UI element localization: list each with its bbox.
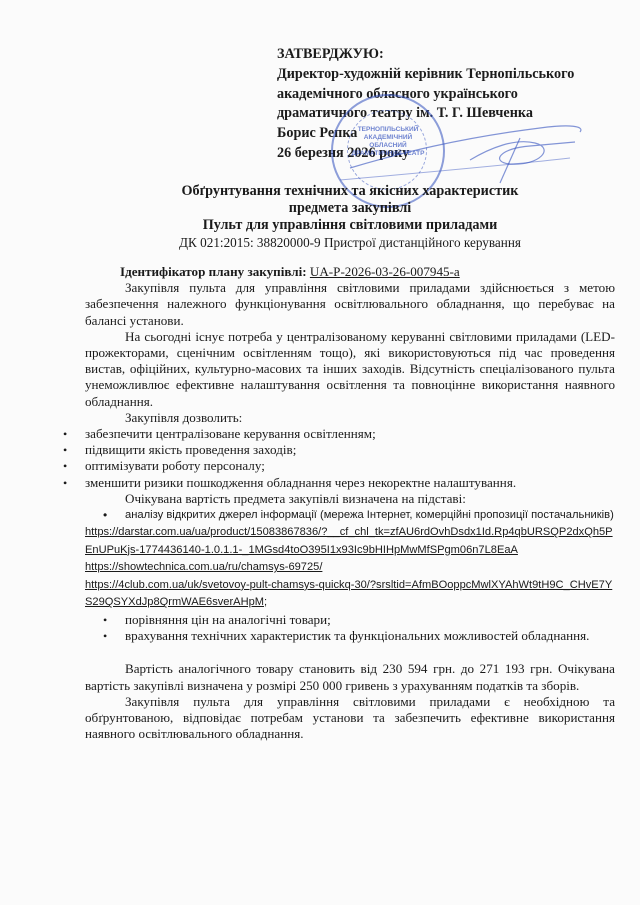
plan-id-link[interactable]: UA-P-2026-03-26-007945-a (310, 264, 460, 279)
spacer (85, 644, 615, 661)
approver-name: Борис Репка (277, 124, 617, 144)
basis-list-first: аналізу відкритих джерел інформації (мер… (85, 507, 615, 524)
dk-code: ДК 021:2015: 38820000-9 Пристрої дистанц… (80, 234, 620, 251)
list-item: врахування технічних характеристик та фу… (85, 628, 615, 644)
stamp-text: ТЕРНОПІЛЬСЬКИЙ АКАДЕМІЧНИЙ ОБЛАСНИЙ ДРАМ… (349, 126, 427, 158)
approval-date: 26 березня 2026 року (277, 144, 617, 164)
approval-block: ЗАТВЕРДЖУЮ: Директор-художній керівник Т… (277, 45, 617, 164)
plan-id-label: Ідентифікатор плану закупівлі: (120, 264, 307, 279)
basis-intro: Очікувана вартість предмета закупівлі ви… (85, 491, 615, 507)
stamp-line-4: ДРАМАТИЧНИЙ ТЕАТР (349, 150, 427, 158)
source-link-4club[interactable]: https://4club.com.ua/uk/svetovoy-pult-ch… (85, 579, 612, 609)
approver-position-line-3: драматичного театру ім. Т. Г. Шевченка (277, 104, 617, 124)
allows-list: забезпечити централізоване керування осв… (63, 426, 593, 491)
title-line-2: предмета закупівлі (80, 200, 620, 217)
stamp-line-1: ТЕРНОПІЛЬСЬКИЙ (349, 126, 427, 134)
approver-position-line-2: академічного обласного українського (277, 85, 617, 105)
list-item: аналізу відкритих джерел інформації (мер… (85, 507, 615, 524)
title-line-1: Обґрунтування технічних та якісних харак… (80, 183, 620, 200)
list-item: забезпечити централізоване керування осв… (63, 426, 593, 442)
list-item: порівняння цін на аналогічні товари; (85, 612, 615, 628)
allows-intro: Закупівля дозволить: (85, 410, 615, 426)
subject-title: Пульт для управління світловими приладам… (80, 217, 620, 234)
source-links: https://darstar.com.ua/ua/product/150838… (85, 524, 615, 612)
list-item: зменшити ризики пошкодження обладнання ч… (63, 475, 593, 491)
source-link-showtechnica[interactable]: https://showtechnica.com.ua/ru/chamsys-6… (85, 561, 322, 573)
paragraph-price: Вартість аналогічного товару становить в… (85, 661, 615, 693)
paragraph-purpose: Закупівля пульта для управління світлови… (85, 280, 615, 329)
basis-list-rest: порівняння цін на аналогічні товари; вра… (85, 612, 615, 644)
links-suffix: ; (264, 596, 267, 608)
document-body: Ідентифікатор плану закупівлі: UA-P-2026… (85, 264, 615, 742)
paragraph-conclusion: Закупівля пульта для управління світлови… (85, 694, 615, 743)
stamp-line-2: АКАДЕМІЧНИЙ (349, 134, 427, 142)
paragraph-need: На сьогодні існує потреба у централізова… (85, 329, 615, 410)
document-title: Обґрунтування технічних та якісних харак… (80, 183, 620, 251)
approver-position-line-1: Директор-художній керівник Тернопільсько… (277, 65, 617, 85)
list-item: оптимізувати роботу персоналу; (63, 458, 593, 474)
stamp-line-3: ОБЛАСНИЙ (349, 142, 427, 150)
approval-heading: ЗАТВЕРДЖУЮ: (277, 45, 617, 65)
plan-identifier: Ідентифікатор плану закупівлі: UA-P-2026… (85, 264, 615, 280)
source-link-darstar[interactable]: https://darstar.com.ua/ua/product/150838… (85, 526, 613, 556)
list-item: підвищити якість проведення заходів; (63, 442, 593, 458)
document-page: ЗАТВЕРДЖУЮ: Директор-художній керівник Т… (0, 0, 640, 905)
